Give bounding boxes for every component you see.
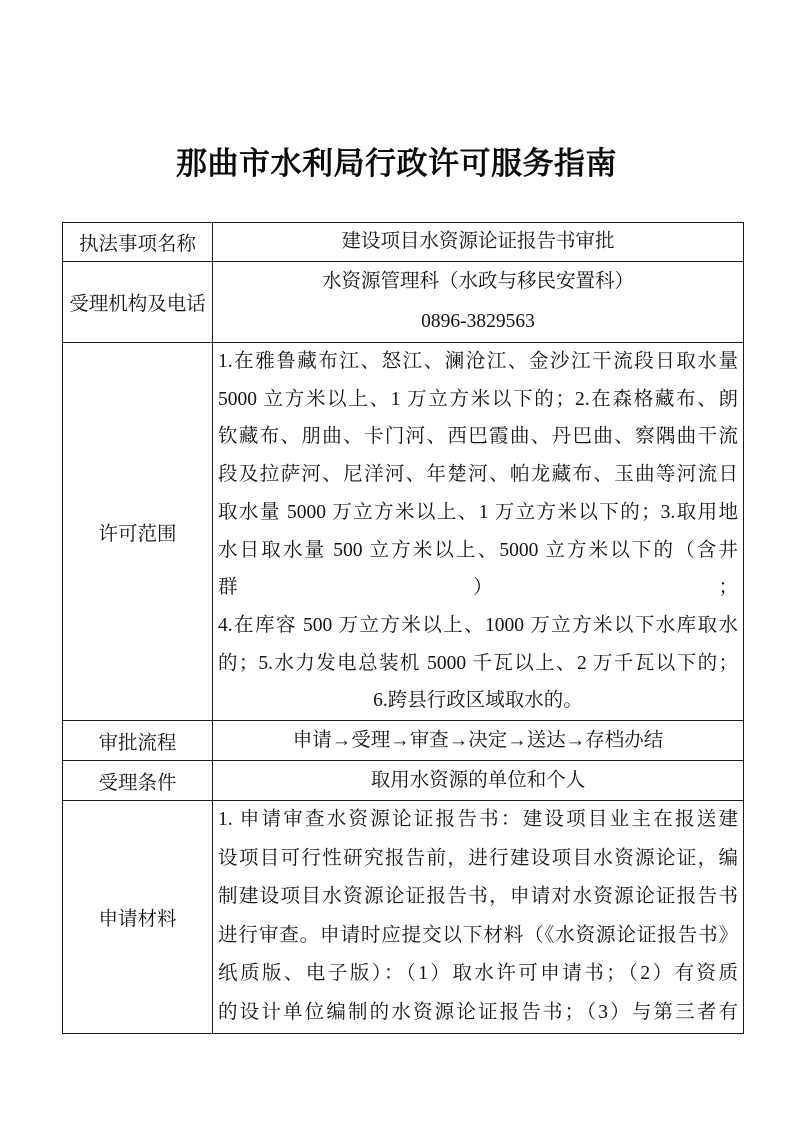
cell-line: 钦藏布、朋曲、卡门河、西巴霞曲、丹巴曲、察隅曲干流 xyxy=(218,418,738,456)
cell-line: 5000 立方米以上、1 万立方米以下的；2.在森格藏布、朗 xyxy=(218,381,738,419)
table-row-item-name: 执法事项名称 建设项目水资源论证报告书审批 xyxy=(63,223,744,262)
cell-line: 纸质版、电子版）：（1）取水许可申请书；（2）有资质 xyxy=(218,955,738,994)
cell-line: 的设计单位编制的水资源论证报告书；（3）与第三者有 xyxy=(218,994,738,1033)
row-value-application-materials: 1. 申请审查水资源论证报告书：建设项目业主在报送建 设项目可行性研究报告前，进… xyxy=(213,801,744,1034)
cell-line: 取水量 5000 万立方米以上、1 万立方米以下的；3.取用地 xyxy=(218,494,738,532)
cell-line: 4.在库容 500 万立方米以上、1000 万立方米以下水库取水 xyxy=(218,607,738,645)
cell-line: 制建设项目水资源论证报告书，申请对水资源论证报告书 xyxy=(218,878,738,917)
cell-line: 进行审查。申请时应提交以下材料（《水资源论证报告书》 xyxy=(218,917,738,956)
cell-line: 1.在雅鲁藏布江、怒江、澜沧江、金沙江干流段日取水量 xyxy=(218,343,738,381)
table-row-agency-phone: 受理机构及电话 水资源管理科（水政与移民安置科） 0896-3829563 xyxy=(63,262,744,343)
table-row-acceptance-condition: 受理条件 取用水资源的单位和个人 xyxy=(63,761,744,801)
cell-line: 的；5.水力发电总装机 5000 千瓦以上、2 万千瓦以下的； xyxy=(218,645,738,683)
process-flow: 申请→受理→审查→决定→送达→存档办结 xyxy=(218,722,738,760)
cell-line: 取用水资源的单位和个人 xyxy=(218,762,738,800)
row-label-agency-phone: 受理机构及电话 xyxy=(63,262,213,343)
row-value-acceptance-condition: 取用水资源的单位和个人 xyxy=(213,761,744,801)
row-label-acceptance-condition: 受理条件 xyxy=(63,761,213,801)
cell-line: 建设项目水资源论证报告书审批 xyxy=(218,223,738,261)
cell-line: 6.跨县行政区域取水的。 xyxy=(218,682,738,720)
table-row-license-scope: 许可范围 1.在雅鲁藏布江、怒江、澜沧江、金沙江干流段日取水量 5000 立方米… xyxy=(63,343,744,721)
page-title: 那曲市水利局行政许可服务指南 xyxy=(0,138,793,183)
cell-line: 设项目可行性研究报告前，进行建设项目水资源论证，编 xyxy=(218,840,738,879)
row-label-license-scope: 许可范围 xyxy=(63,343,213,721)
document-page: 那曲市水利局行政许可服务指南 执法事项名称 建设项目水资源论证报告书审批 受理机… xyxy=(0,0,793,1122)
cell-line: 1. 申请审查水资源论证报告书：建设项目业主在报送建 xyxy=(218,801,738,840)
service-guide-table: 执法事项名称 建设项目水资源论证报告书审批 受理机构及电话 水资源管理科（水政与… xyxy=(62,222,744,1034)
cell-line: 水日取水量 500 立方米以上、5000 立方米以下的（含井群）； xyxy=(218,532,738,607)
row-value-agency-phone: 水资源管理科（水政与移民安置科） 0896-3829563 xyxy=(213,262,744,343)
table-row-application-materials: 申请材料 1. 申请审查水资源论证报告书：建设项目业主在报送建 设项目可行性研究… xyxy=(63,801,744,1034)
table-row-approval-process: 审批流程 申请→受理→审查→决定→送达→存档办结 xyxy=(63,721,744,761)
row-label-item-name: 执法事项名称 xyxy=(63,223,213,262)
row-value-item-name: 建设项目水资源论证报告书审批 xyxy=(213,223,744,262)
row-value-approval-process: 申请→受理→审查→决定→送达→存档办结 xyxy=(213,721,744,761)
cell-line: 段及拉萨河、尼洋河、年楚河、帕龙藏布、玉曲等河流日 xyxy=(218,456,738,494)
row-label-approval-process: 审批流程 xyxy=(63,721,213,761)
agency-name: 水资源管理科（水政与移民安置科） xyxy=(218,262,738,302)
row-value-license-scope: 1.在雅鲁藏布江、怒江、澜沧江、金沙江干流段日取水量 5000 立方米以上、1 … xyxy=(213,343,744,721)
phone-number: 0896-3829563 xyxy=(218,302,738,342)
row-label-application-materials: 申请材料 xyxy=(63,801,213,1034)
